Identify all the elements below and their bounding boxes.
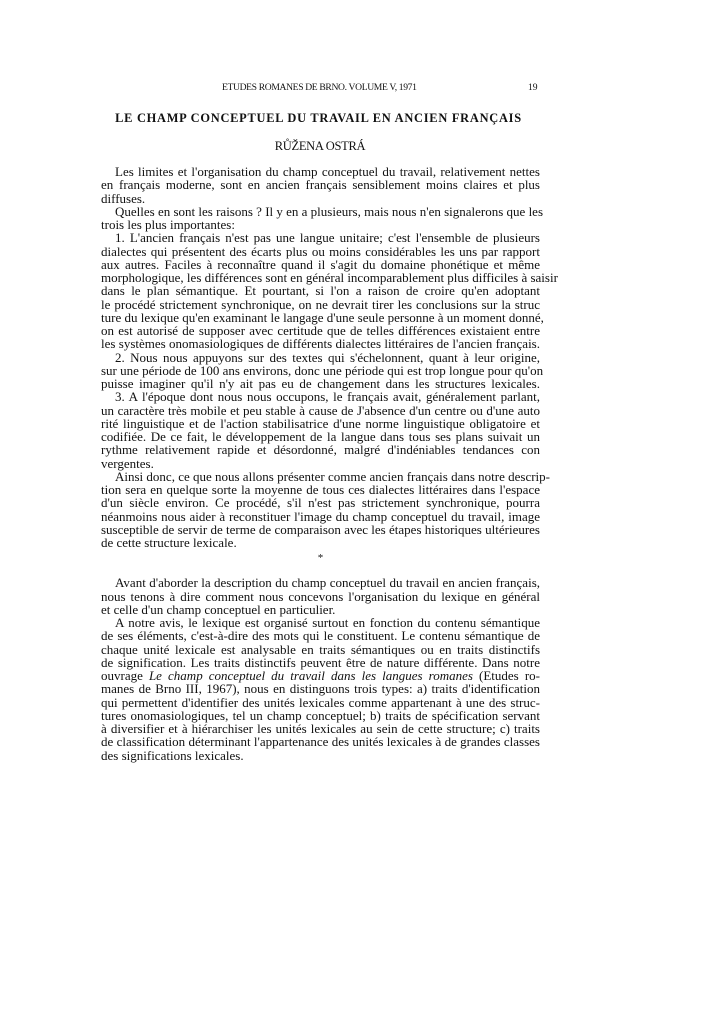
text-line: dans le plan sémantique. Et pourtant, si… [101, 284, 540, 297]
text-line: on est autorisé de supposer avec certitu… [101, 324, 540, 337]
text-line: en français moderne, sont en ancien fran… [101, 178, 540, 191]
text-line: de ses éléments, c'est-à-dire des mots q… [101, 629, 540, 642]
text-line: et celle d'un champ conceptuel en partic… [101, 603, 540, 616]
text-line: tion sera en quelque sorte la moyenne de… [101, 483, 540, 496]
text-line: 2. Nous nous appuyons sur des textes qui… [101, 351, 540, 364]
text-line: rythme relativement rapide et désordonné… [101, 443, 540, 456]
text-line: de cette structure lexicale. [101, 536, 540, 549]
text-line: de classification déterminant l'apparten… [101, 735, 540, 748]
text-line: d'un siècle environ. Ce procédé, s'il n'… [101, 496, 540, 509]
section-separator: * [101, 549, 540, 576]
text-line: puisse imaginer qu'il n'y ait pas eu de … [101, 377, 540, 390]
section-2: Avant d'aborder la description du champ … [101, 576, 540, 762]
text-line: codifiée. De ce fait, le développement d… [101, 430, 540, 443]
text-line: des significations lexicales. [101, 749, 540, 762]
text-line: ture du lexique qu'en examinant le langa… [101, 311, 540, 324]
text-line: Ainsi donc, ce que nous allons présenter… [101, 470, 540, 483]
text-line: A notre avis, le lexique est organisé su… [101, 616, 540, 629]
text-line: ouvrage Le champ conceptuel du travail d… [101, 669, 540, 682]
text-line: les systèmes onomasiologiques de différe… [101, 337, 540, 350]
text-line: Quelles en sont les raisons ? Il y en a … [101, 205, 540, 218]
page-number: 19 [528, 82, 538, 93]
text-line: chaque unité lexicale est analysable en … [101, 643, 540, 656]
article-body: Les limites et l'organisation du champ c… [101, 165, 540, 762]
running-head: ETUDES ROMANES DE BRNO. VOLUME V, 1971 [222, 82, 418, 93]
text-line: un caractère très mobile et peu stable à… [101, 404, 540, 417]
text-line: le procédé strictement synchronique, on … [101, 298, 540, 311]
text-line: nous tenons à dire comment nous concevon… [101, 590, 540, 603]
text-line: manes de Brno III, 1967), nous en distin… [101, 682, 540, 695]
text-line: dialectes qui présentent des écarts plus… [101, 245, 540, 258]
text-line: morphologique, les différences sont en g… [101, 271, 540, 284]
text-line: susceptible de servir de terme de compar… [101, 523, 540, 536]
text-line: vergentes. [101, 457, 540, 470]
text-line: de signification. Les traits distinctifs… [101, 656, 540, 669]
text-line: tures onomasiologiques, tel un champ con… [101, 709, 540, 722]
article-author: RŮŽENA OSTRÁ [220, 139, 420, 154]
text-line: Avant d'aborder la description du champ … [101, 576, 540, 589]
text-line: qui permettent d'identifier des unités l… [101, 696, 540, 709]
text-line: Les limites et l'organisation du champ c… [101, 165, 540, 178]
text-line: 1. L'ancien français n'est pas une langu… [101, 231, 540, 244]
text-line: trois les plus importantes: [101, 218, 540, 231]
text-line: 3. A l'époque dont nous nous occupons, l… [101, 390, 540, 403]
text-line: à diversifier et à hiérarchiser les unit… [101, 722, 540, 735]
text-line: aux autres. Faciles à reconnaître quand … [101, 258, 540, 271]
article-title: LE CHAMP CONCEPTUEL DU TRAVAIL EN ANCIEN… [102, 111, 535, 126]
text-line: diffuses. [101, 192, 540, 205]
text-line: sur une période de 100 ans environs, don… [101, 364, 540, 377]
text-line: néanmoins nous aider à reconstituer l'im… [101, 510, 540, 523]
text-line: rité linguistique et de l'action stabili… [101, 417, 540, 430]
section-1: Les limites et l'organisation du champ c… [101, 165, 540, 549]
